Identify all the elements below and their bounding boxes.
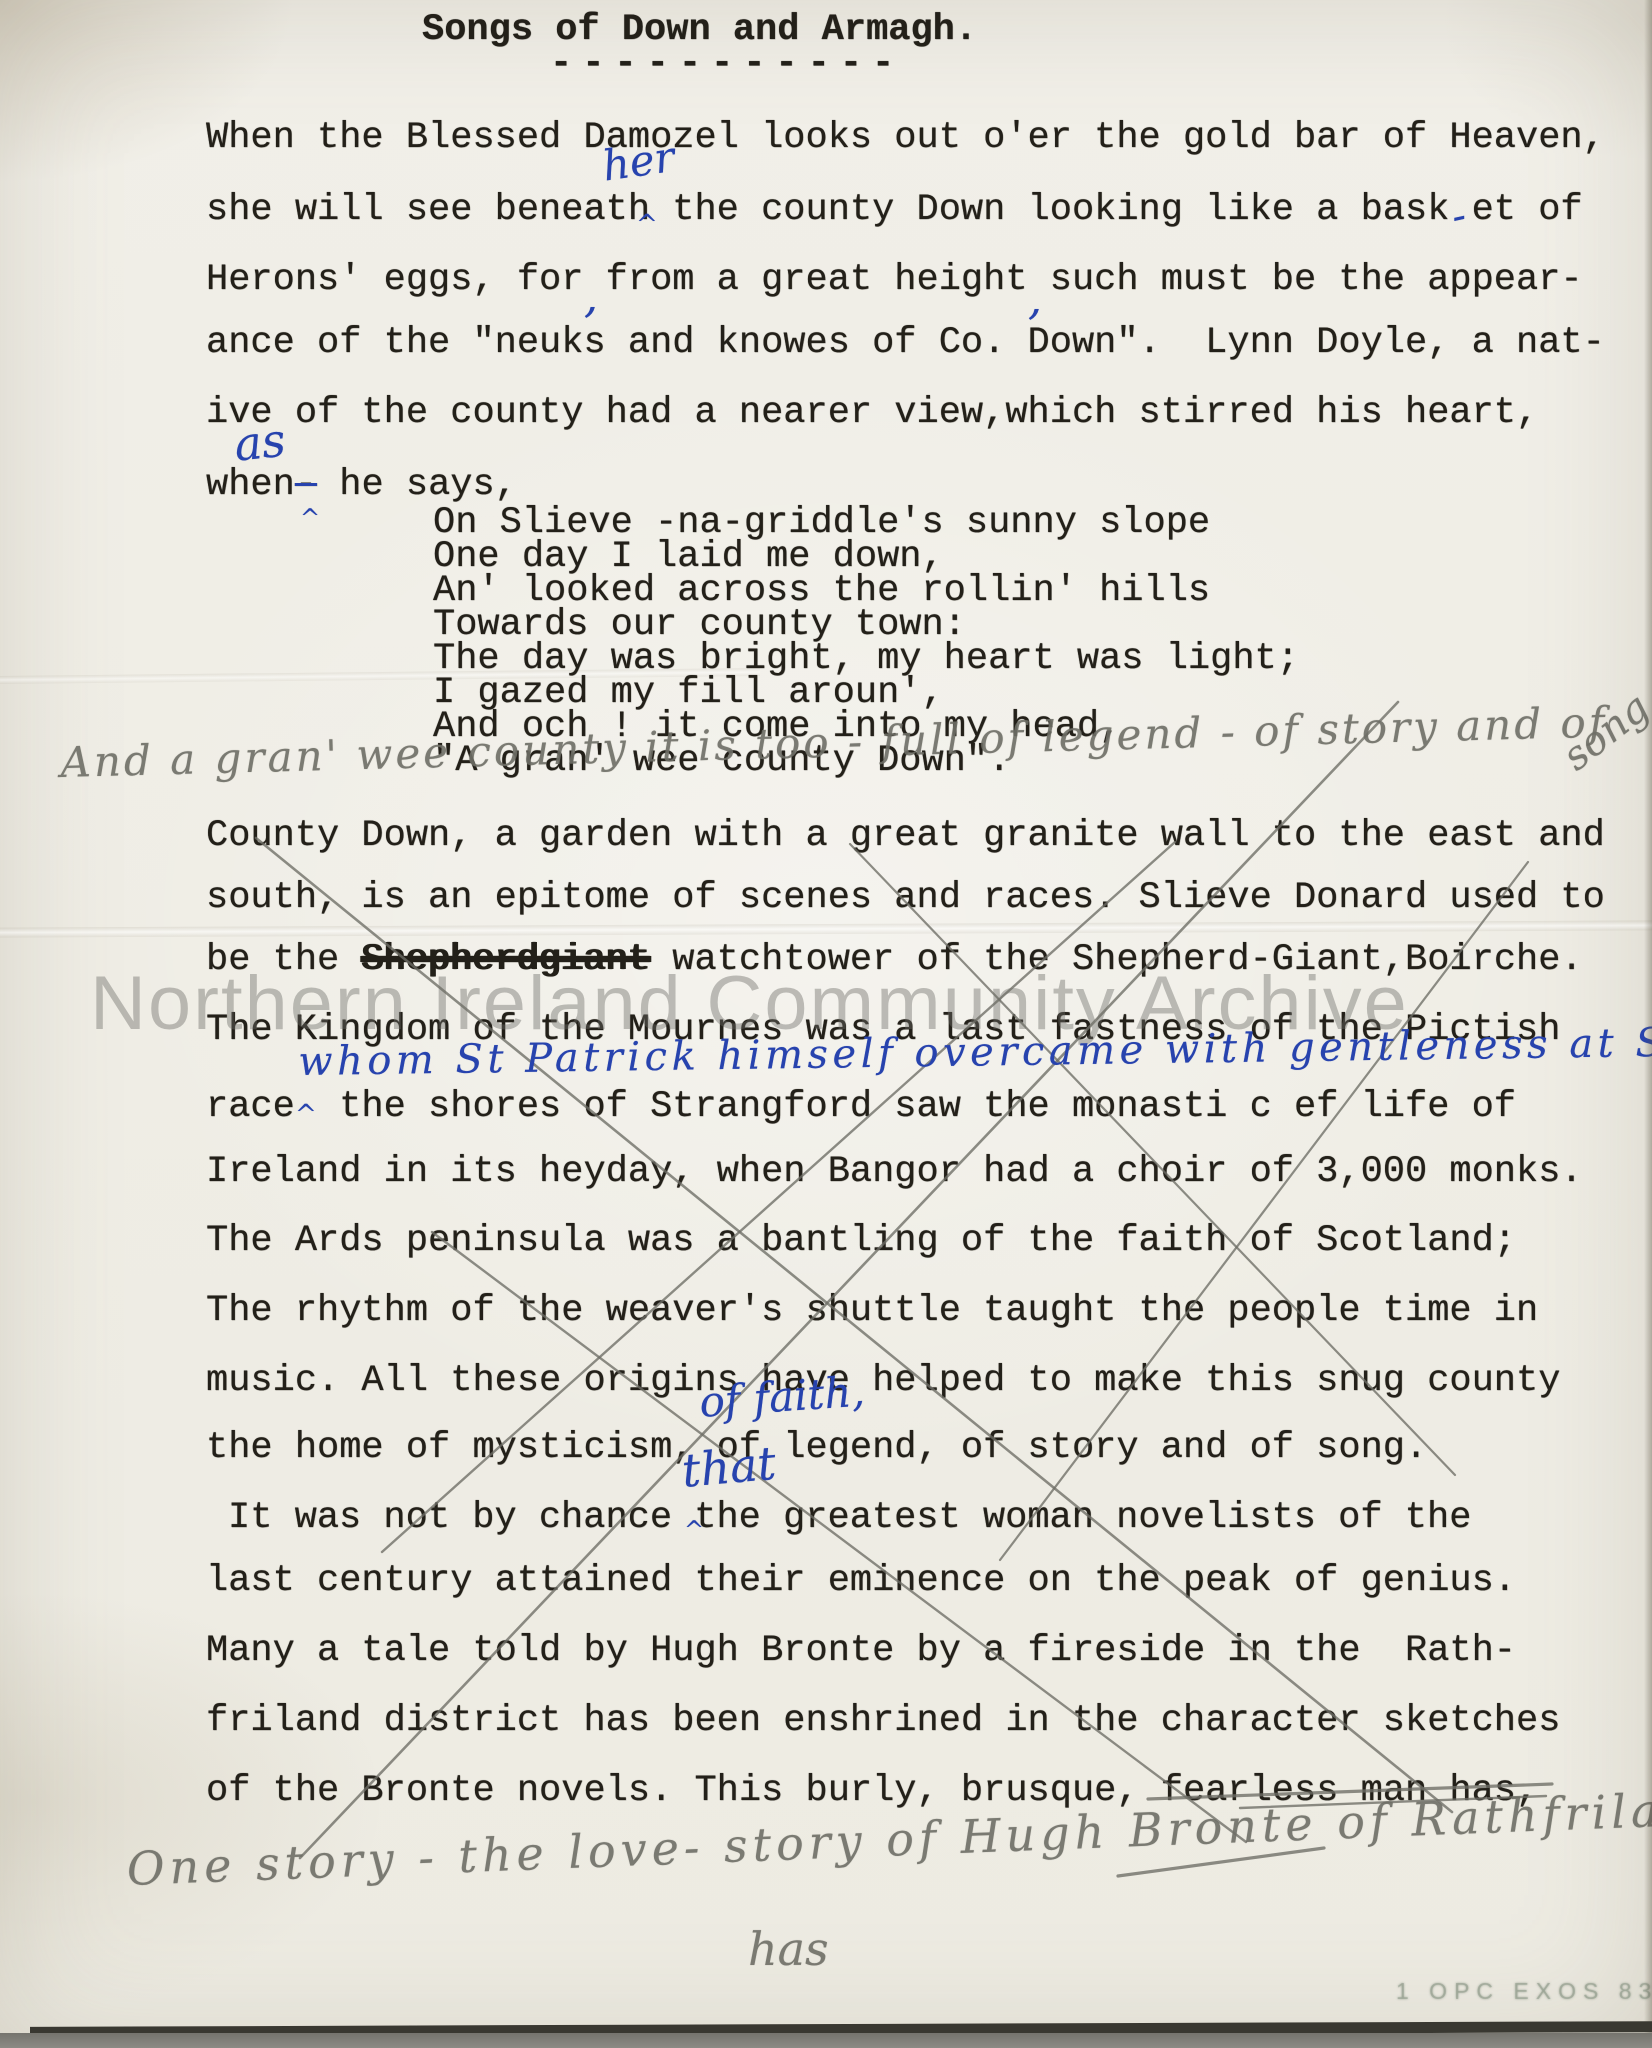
ink-insert-st-patrick: whom St Patrick himself overcame with ge… (298, 1022, 1652, 1082)
ink-caret-beneath: ^ (636, 212, 658, 238)
ink-comma-after-height: , (1028, 278, 1042, 322)
ink-insert-her: her (600, 136, 677, 188)
ink-comma-after-for: , (584, 276, 598, 320)
document-page: Songs of Down and Armagh.-----------When… (0, 0, 1652, 2048)
scanner-backing (0, 2033, 1652, 2048)
ink-annotations-layer: her^,,-as^whom St Patrick himself overca… (0, 0, 1652, 2048)
ink-insert-that: that (680, 1440, 778, 1494)
ink-insert-of-faith: of faith, (698, 1370, 866, 1423)
ink-caret-race: ^ (295, 1102, 317, 1128)
ink-caret-chance: ^ (684, 1518, 704, 1542)
ink-caret-when: ^ (300, 506, 320, 530)
ink-insert-as: as (232, 417, 288, 468)
scan-edge-right (1644, 0, 1652, 2048)
faint-stamp: 1 OPC EXOS 83 (1396, 1978, 1652, 2005)
ink-join-bask-et: - (1448, 195, 1470, 237)
